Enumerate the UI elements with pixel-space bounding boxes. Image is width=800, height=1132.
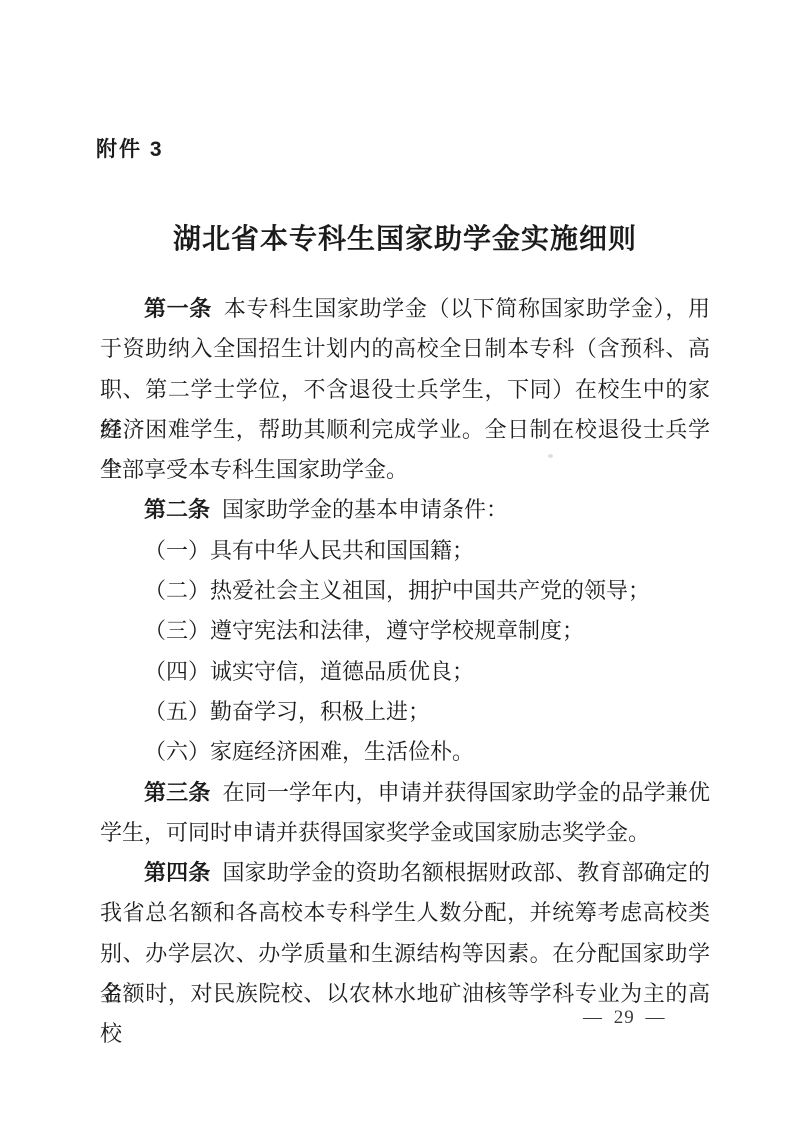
article-number: 第三条 [144,780,211,805]
line-text: （二）热爱社会主义祖国，拥护中国共产党的领导； [144,578,650,603]
body-line: 职、第二学士学位，不含退役士兵学生，下同）在校生中的家庭 [100,370,710,410]
line-text: （五）勤奋学习，积极上进； [144,699,430,724]
body-line: 第一条本专科生国家助学金（以下简称国家助学金），用 [100,289,710,329]
line-text: （三）遵守宪法和法律，遵守学校规章制度； [144,618,584,643]
body-line: 经济困难学生，帮助其顺利完成学业。全日制在校退役士兵学生 [100,410,710,450]
page-number: — 29 — [583,1007,666,1029]
body-line: 我省总名额和各高校本专科学生人数分配，并统筹考虑高校类 [100,893,710,933]
line-text: 学生，可同时申请并获得国家奖学金或国家励志奖学金。 [100,820,650,845]
document-title: 湖北省本专科生国家助学金实施细则 [100,217,710,257]
body-line: 第四条国家助学金的资助名额根据财政部、教育部确定的 [100,853,710,893]
line-text: （四）诚实守信，道德品质优良； [144,659,474,684]
body-line: （六）家庭经济困难，生活俭朴。 [100,732,710,772]
body-line: 于资助纳入全国招生计划内的高校全日制本专科（含预科、高 [100,329,710,369]
body-line: 第三条在同一学年内，申请并获得国家助学金的品学兼优 [100,773,710,813]
article-number: 第四条 [144,860,211,885]
body-line: 学生，可同时申请并获得国家奖学金或国家励志奖学金。 [100,813,710,853]
line-text: 本专科生国家助学金（以下简称国家助学金），用 [224,296,710,321]
body-line: （一）具有中华人民共和国国籍； [100,531,710,571]
line-text: （六）家庭经济困难，生活俭朴。 [144,739,474,764]
line-text: 全部享受本专科生国家助学金。 [100,457,408,482]
body-line: 全部享受本专科生国家助学金。 [100,450,710,490]
body-line: 第二条国家助学金的基本申请条件： [100,490,710,530]
line-text: 于资助纳入全国招生计划内的高校全日制本专科（含预科、高 [100,336,710,361]
attachment-label: 附件 3 [96,133,164,163]
body-line: （五）勤奋学习，积极上进； [100,692,710,732]
line-text: 在同一学年内，申请并获得国家助学金的品学兼优 [223,780,710,805]
body-line: （二）热爱社会主义祖国，拥护中国共产党的领导； [100,571,710,611]
body-line: （三）遵守宪法和法律，遵守学校规章制度； [100,611,710,651]
document-body: 第一条本专科生国家助学金（以下简称国家助学金），用于资助纳入全国招生计划内的高校… [100,289,710,1014]
article-number: 第一条 [144,296,212,321]
body-line: 别、办学层次、办学质量和生源结构等因素。在分配国家助学金 [100,934,710,974]
line-text: 国家助学金的资助名额根据财政部、教育部确定的 [223,860,710,885]
line-text: 国家助学金的基本申请条件： [222,497,508,522]
line-text: 我省总名额和各高校本专科学生人数分配，并统筹考虑高校类 [100,900,710,925]
line-text: （一）具有中华人民共和国国籍； [144,538,474,563]
scan-speck [548,454,553,458]
article-number: 第二条 [144,497,210,522]
document-page: 附件 3 湖北省本专科生国家助学金实施细则 第一条本专科生国家助学金（以下简称国… [0,0,800,1132]
body-line: （四）诚实守信，道德品质优良； [100,652,710,692]
